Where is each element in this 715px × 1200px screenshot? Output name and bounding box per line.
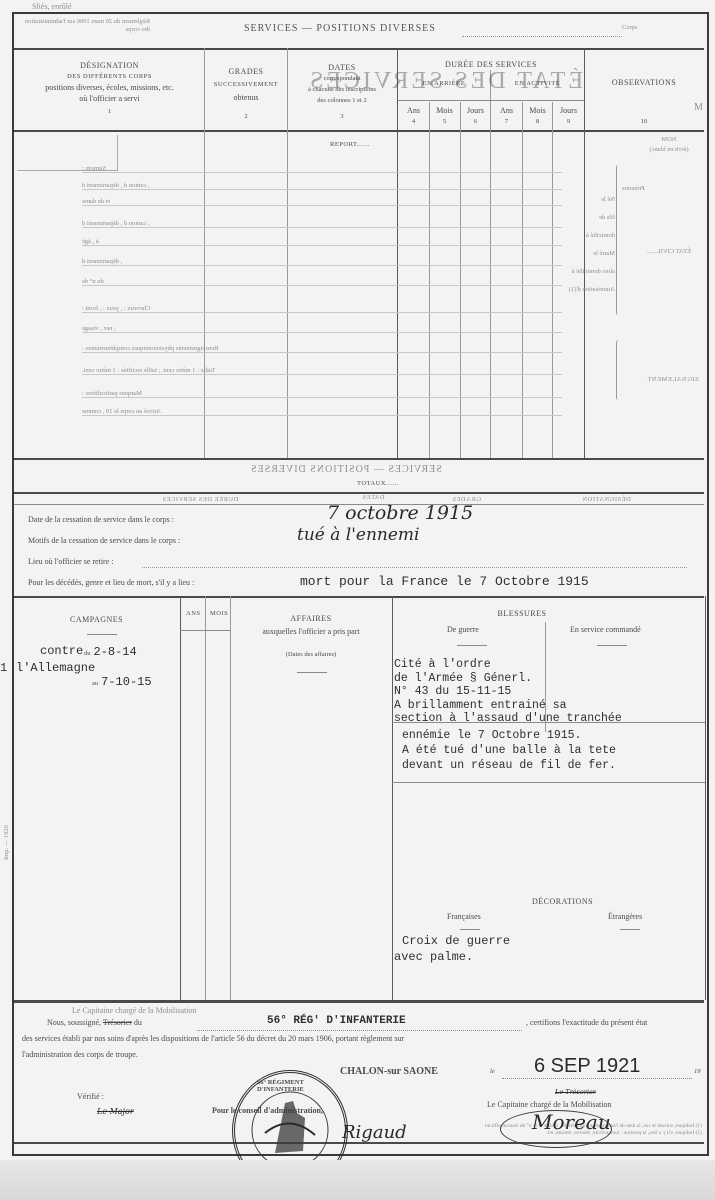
from-date: 2-8-14 [94, 645, 137, 659]
top-scrap-text: Sliès, enrôlé [32, 2, 72, 11]
citation-line: Cité à l'ordre [394, 658, 622, 672]
to-prefix: au [92, 680, 98, 687]
duree-col-7: Ans7 [491, 105, 522, 127]
cert-line2: des services établi par nos soins d'aprè… [22, 1034, 712, 1043]
bleed-header-dates: DATES [362, 494, 385, 501]
de-guerre-rule [457, 645, 487, 646]
col2-title: GRADES [205, 65, 287, 78]
duree-col-num: 7 [491, 116, 522, 127]
mois-header: MOIS [210, 610, 228, 617]
stamp-text-top: 56° RÉGIMENT D'INFANTERIE [257, 1079, 345, 1093]
col3-sub3: des colonnes 1 et 2 [288, 95, 396, 106]
tresorier-struck-2: Le Trésorier [555, 1088, 596, 1096]
cert-line1-pre: Nous, soussigné, Trésorier du [47, 1018, 142, 1027]
du-text: du [134, 1018, 142, 1027]
civil-field-label: Né le [557, 196, 615, 203]
margin-note-right: M [694, 102, 703, 113]
citation-rule [392, 782, 705, 783]
deces-label: Pour les décédés, genre et lieu de mort,… [28, 578, 194, 587]
section-rule [14, 458, 704, 460]
bleed-header-duree: DURÉE DES SERVICES [162, 496, 238, 503]
citation-line: ennémie le 7 Octobre 1915. [402, 728, 616, 743]
mirrored-line: , canton d , département d [82, 182, 562, 190]
francaises-rule [460, 929, 480, 930]
brace-etat-civil [616, 165, 621, 315]
place-name: CHALON-sur SAONE [340, 1066, 438, 1077]
duree-col-label: Ans [491, 105, 522, 116]
to-date: 7-10-15 [101, 675, 151, 689]
mirrored-line: Marques particulières : [82, 390, 562, 398]
capitaine-overlay: Le Capitaine chargé de la Mobilisation [72, 1006, 196, 1015]
etrangeres-header: Étrangères [608, 912, 642, 921]
etat-civil-label: ÉTAT CIVIL...... [647, 248, 691, 255]
nom-sub-text: (écrit en blanc) [634, 145, 704, 155]
cessation-date-label: Date de la cessation de service dans le … [28, 515, 174, 524]
mirrored-line: à , âgé [82, 238, 562, 246]
verifie-label: Vérifié : [77, 1092, 104, 1101]
footer-mirrored-title: SERVICES — POSITIONS DIVERSES [250, 464, 442, 475]
lower-section-rule [14, 596, 704, 598]
major-struck: Le Major [97, 1107, 134, 1116]
totals-label: TOTAUX...... [357, 480, 399, 487]
campagne-from: du 2-8-14 [84, 644, 137, 659]
duree-col-label: Mois [522, 105, 553, 116]
year-suffix: 19 [694, 1068, 701, 1075]
col1-header: DÉSIGNATION des différents corps positio… [17, 60, 202, 117]
mirrored-line: du n° de [82, 278, 562, 286]
duree-col-num: 9 [553, 116, 584, 127]
duree-col-8: Mois8 [522, 105, 553, 127]
francaises-header: Françaises [447, 912, 481, 921]
en-activite-header: EN ACTIVITÉ [491, 80, 584, 87]
de-guerre-header: De guerre [447, 625, 479, 634]
citation-line: section à l'assaud d'une tranchée [394, 712, 622, 726]
certification-rule [14, 1000, 704, 1003]
citation-rule [392, 722, 705, 723]
campagne-row-number: 1 [0, 661, 7, 675]
col2-num: 2 [205, 110, 287, 123]
prenoms-label: Prénoms [622, 185, 645, 192]
en-arriere-header: EN ARRIÈRE [398, 80, 490, 87]
civil-field-label: domicilié à [557, 232, 615, 239]
col2-header: GRADES SUCCESSIVEMENT obtenus 2 [205, 65, 287, 123]
section-title: SERVICES — POSITIONS DIVERSES [244, 23, 436, 34]
en-service-header: En service commandé [570, 625, 641, 634]
duree-col-6: Jours6 [460, 105, 491, 127]
scan-bottom-edge [0, 1160, 715, 1200]
duree-rule [398, 100, 584, 101]
citation-line: de l'Armée § Génerl. [394, 672, 622, 686]
date-line [502, 1078, 692, 1079]
affaires-divider [392, 596, 393, 1000]
brace-signalement [616, 340, 621, 400]
decoration-line2: avec palme. [394, 950, 473, 964]
ans-header: ANS [186, 610, 201, 617]
civil-field-label: alors domicilié à [557, 268, 615, 275]
civil-field-label: Autorisation d'(1) [557, 286, 615, 293]
bleed-header-designation: DÉSIGNATION [582, 496, 631, 503]
observations-header: OBSERVATIONS [585, 78, 703, 87]
cert-line3: l'administration des corps de troupe. [22, 1050, 138, 1059]
signalement-label: SIGNALEMENT [647, 376, 699, 383]
duree-col-label: Jours [553, 105, 584, 116]
header-bottom-rule [14, 130, 704, 132]
col1-title: DÉSIGNATION [17, 60, 202, 71]
citation-line: A brillamment entrainé sa [394, 699, 622, 713]
corps-label: Corps [622, 24, 638, 31]
col2-sub: SUCCESSIVEMENT [205, 78, 287, 91]
mirrored-line: , département d [82, 258, 562, 266]
nom-text: NOM [634, 135, 704, 145]
civil-field-label: fils de [557, 214, 615, 221]
citation-continued: ennémie le 7 Octobre 1915.A été tué d'un… [402, 728, 616, 773]
col1-sub3: où l'officier a servi [17, 93, 202, 104]
campagnes-rule [87, 634, 117, 635]
en-service-rule [597, 645, 627, 646]
duree-col-label: Ans [398, 105, 429, 116]
cessation-date-value: 7 octobre 1915 [327, 502, 473, 524]
mirrored-line: Renseignements physionomiques complément… [82, 345, 562, 353]
civil-field-label: Marié le [557, 250, 615, 257]
citation-text: Cité à l'ordrede l'Armée § Génerl.N° 43 … [394, 658, 622, 726]
campagne-to: au 7-10-15 [92, 674, 152, 689]
mirrored-line: Taille : 1 mètre cent. ; taille rectifié… [82, 367, 562, 375]
decoration-line1: Croix de guerre [402, 934, 510, 948]
signature-loop [500, 1110, 612, 1148]
mirrored-line: et de dame [82, 198, 562, 206]
campagne-line1: contre [40, 644, 83, 658]
ans-divider [205, 596, 206, 1000]
name-label: NOM (écrit en blanc) [634, 135, 704, 155]
header-top-rule [14, 48, 704, 50]
signature-verifie: Rigaud [342, 1122, 407, 1143]
duree-header: DURÉE DES SERVICES [398, 60, 584, 69]
cessation-motif-value: tué à l'ennemi [297, 525, 419, 545]
corps-line [462, 36, 622, 37]
campagnes-header: CAMPAGNES [70, 615, 123, 624]
deces-value: mort pour la France le 7 Octobre 1915 [300, 574, 589, 589]
col3-num: 3 [288, 111, 396, 122]
duree-col-num: 6 [460, 116, 491, 127]
date-stamp: 6 SEP 1921 [534, 1055, 640, 1078]
le-text: le [490, 1068, 495, 1075]
citation-line: A été tué d'une balle à la tete [402, 743, 616, 758]
col1-num: 1 [17, 106, 202, 117]
mirrored-line: Surnom : [82, 165, 562, 173]
mirrored-line: Cheveux : , yeux : , front : [82, 305, 562, 313]
affaires-rule [297, 672, 327, 673]
regiment-line [197, 1030, 522, 1031]
affaires-sub: auxquelles l'officier a pris part [231, 627, 391, 636]
section-rule [14, 492, 704, 494]
col2-sub2: obtenus [205, 91, 287, 104]
report-label: REPORT...... [330, 141, 370, 148]
right-divider [705, 596, 706, 1000]
tresorier-struck: Trésorier [103, 1018, 132, 1027]
ans-mois-rule [180, 630, 230, 631]
regiment-name: 56° RÉG' D'INFANTERIE [267, 1015, 406, 1027]
lieu-label: Lieu où l'officier se retire : [28, 557, 113, 566]
from-prefix: du [84, 650, 91, 657]
citation-line: devant un réseau de fil de fer. [402, 758, 616, 773]
duree-col-5: Mois5 [429, 105, 460, 127]
blessures-header: BLESSURES [422, 609, 622, 618]
duree-col-9: Jours9 [553, 105, 584, 127]
duree-col-label: Mois [429, 105, 460, 116]
cessation-motif-label: Motifs de la cessation de service dans l… [28, 536, 180, 545]
capitaine-sign-label: Le Capitaine chargé de la Mobilisation [487, 1100, 611, 1109]
col1-sub: des différents corps [17, 71, 202, 82]
affaires-header: AFFAIRES [231, 614, 391, 623]
affaires-sub2: (Dates des affaires) [231, 651, 391, 658]
mirrored-line: , canton d , département d [82, 220, 562, 228]
mirrored-line: , nez , visage [82, 325, 562, 333]
mirrored-line: Arrivé au corps le 19 , comme [82, 408, 562, 416]
col1-sub2: positions diverses, écoles, missions, et… [17, 82, 202, 93]
service-record-sheet: Sliès, enrôlé SERVICES — POSITIONS DIVER… [22, 10, 710, 1160]
nous-soussigne: Nous, soussigné, [47, 1018, 101, 1027]
cert-line1-post: , certifions l'exactitude du présent éta… [526, 1018, 647, 1027]
citation-line: N° 43 du 15-11-15 [394, 685, 622, 699]
lieu-line [142, 567, 687, 568]
campagne-line2: l'Allemagne [16, 661, 95, 675]
duree-col-4: Ans4 [398, 105, 429, 127]
margin-note-left: Règlement du 20 mars 1906 sur l'administ… [20, 18, 150, 34]
etrangeres-rule [620, 929, 640, 930]
duree-col-num: 8 [522, 116, 553, 127]
duree-col-num: 5 [429, 116, 460, 127]
duree-col-num: 4 [398, 116, 429, 127]
duree-col-label: Jours [460, 105, 491, 116]
col10-num: 10 [585, 118, 703, 125]
campagnes-divider [180, 596, 181, 1000]
decorations-header: DÉCORATIONS [532, 897, 593, 906]
side-margin-text: Imp. — 1920 [3, 825, 10, 860]
